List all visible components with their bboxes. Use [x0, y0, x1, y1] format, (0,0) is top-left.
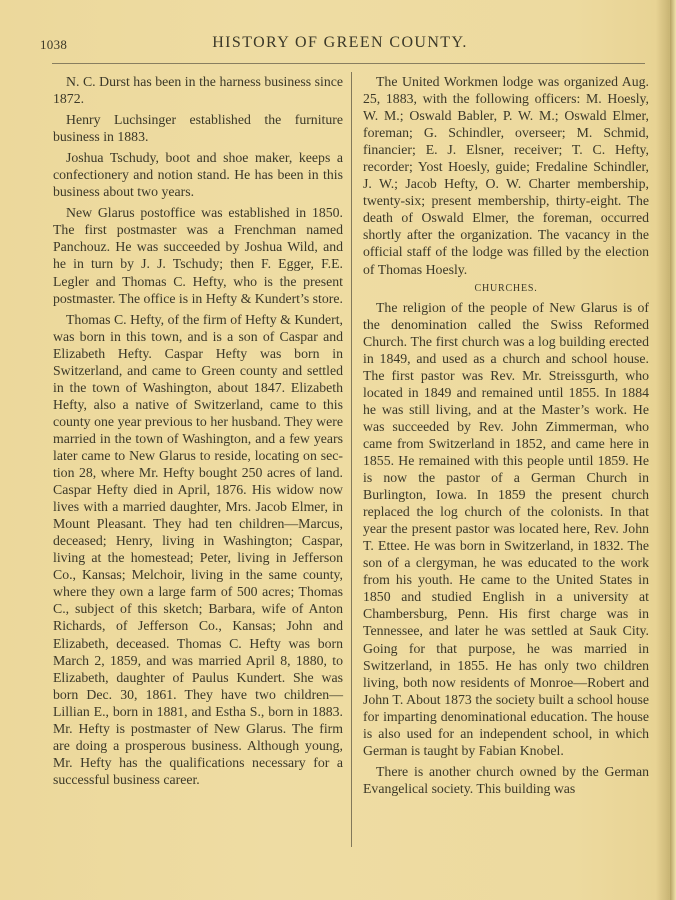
- paragraph-hefty-biography: Thomas C. Hefty, of the firm of Hefty & …: [53, 311, 343, 788]
- paragraph-luchsinger: Henry Luchsinger established the furnitu…: [53, 111, 343, 145]
- paragraph-swiss-reformed-church: The religion of the people of New Glarus…: [363, 299, 649, 759]
- paragraph-postoffice: New Glarus postoffice was established in…: [53, 204, 343, 306]
- header-rule: [52, 63, 645, 64]
- running-title: HISTORY OF GREEN COUNTY.: [40, 34, 640, 52]
- paragraph-evangelical-church: There is another church owned by the Ger…: [363, 763, 649, 797]
- paragraph-tschudy: Joshua Tschudy, boot and shoe maker, kee…: [53, 149, 343, 200]
- paragraph-workmen-lodge: The United Workmen lodge was organized A…: [363, 73, 649, 278]
- page-header: 1038 HISTORY OF GREEN COUNTY.: [40, 30, 640, 60]
- column-divider: [351, 72, 352, 847]
- section-heading-churches: CHURCHES.: [363, 282, 649, 296]
- right-column: The United Workmen lodge was organized A…: [363, 73, 649, 801]
- left-column: N. C. Durst has been in the harness busi…: [53, 73, 343, 792]
- paragraph-durst: N. C. Durst has been in the harness busi…: [53, 73, 343, 107]
- book-page: 1038 HISTORY OF GREEN COUNTY. N. C. Durs…: [0, 0, 676, 900]
- page-binding-edge: [670, 0, 676, 900]
